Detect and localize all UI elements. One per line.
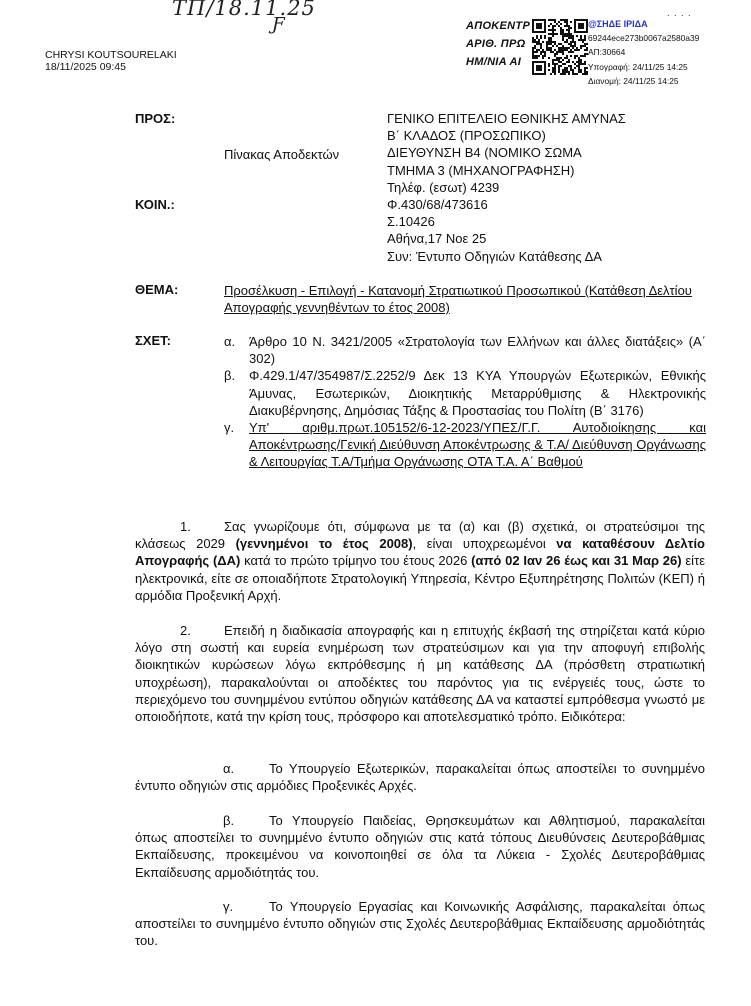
reference-marker: γ. bbox=[224, 419, 249, 471]
stamp-signature-date: Υπογραφή: 24/11/25 14:25 bbox=[588, 60, 699, 74]
stamp-info: @ΣΗΔΕ ΙΡΙΔΑ 69244ece273b0067a2580a39 ΑΠ:… bbox=[588, 17, 699, 88]
references-label: ΣΧΕΤ: bbox=[135, 333, 171, 348]
reference-marker: β. bbox=[224, 367, 249, 419]
reference-text: Φ.429.1/47/354987/Σ.2252/9 Δεκ 13 ΚΥΑ Υπ… bbox=[249, 367, 706, 419]
handwritten-signature: Ƒ bbox=[272, 14, 285, 35]
paragraph-text: κατά το πρώτο τρίμηνο του έτους 2026 bbox=[240, 553, 471, 568]
sub-item-a: α.Το Υπουργείο Εξωτερικών, παρακαλείται … bbox=[135, 760, 705, 794]
subject-text: Προσέλκυση - Επιλογή - Κατανομή Στρατιωτ… bbox=[224, 282, 704, 316]
paragraph-2: 2.Επειδή η διαδικασία απογραφής και η επ… bbox=[135, 622, 705, 725]
stamp-hash: 69244ece273b0067a2580a39 bbox=[588, 31, 699, 45]
sender-line: ΔΙΕΥΘΥΝΣΗ Β4 (ΝΟΜΙΚΟ ΣΩΜΑ bbox=[387, 144, 626, 161]
sub-item-text: Το Υπουργείο Εξωτερικών, παρακαλείται όπ… bbox=[135, 761, 705, 793]
file-number: Φ.430/68/473616 bbox=[387, 196, 626, 213]
place-date: Αθήνα,17 Νοε 25 bbox=[387, 230, 626, 247]
sender-line: ΓΕΝΙΚΟ ΕΠΙΤΕΛΕΙΟ ΕΘΝΙΚΗΣ ΑΜΥΝΑΣ bbox=[387, 110, 626, 127]
reference-item: α. Άρθρο 10 Ν. 3421/2005 «Στρατολογία τω… bbox=[224, 333, 706, 367]
sender-line: Β΄ ΚΛΑΔΟΣ (ΠΡΟΣΩΠΙΚΟ) bbox=[387, 127, 626, 144]
serial-number: Σ.10426 bbox=[387, 213, 626, 230]
qr-code-icon bbox=[532, 19, 588, 75]
sub-item-marker: α. bbox=[223, 760, 269, 777]
reviewer-datetime: 18/11/2025 09:45 bbox=[45, 61, 177, 73]
sender-phone: Τηλέφ. (εσωτ) 4239 bbox=[387, 179, 626, 196]
sub-item-text: Το Υπουργείο Παιδείας, Θρησκευμάτων και … bbox=[135, 813, 705, 880]
paragraph-number: 1. bbox=[180, 518, 224, 535]
sub-item-marker: γ. bbox=[223, 898, 269, 915]
sub-item-c: γ.Το Υπουργείο Εργασίας και Κοινωνικής Α… bbox=[135, 898, 705, 950]
attachment: Συν: Έντυπο Οδηγιών Κατάθεσης ΔΑ bbox=[387, 248, 626, 265]
handwritten-note: ΤΠ/18.11.25 bbox=[172, 0, 316, 20]
paragraph-text: , είναι υποχρεωμένοι bbox=[413, 536, 557, 551]
emphasis-text: (από 02 Ιαν 26 έως και 31 Μαρ 26) bbox=[471, 553, 681, 568]
references-list: α. Άρθρο 10 Ν. 3421/2005 «Στρατολογία τω… bbox=[224, 333, 706, 471]
stamp-brand: @ΣΗΔΕ ΙΡΙΔΑ bbox=[588, 17, 699, 31]
paragraph-number: 2. bbox=[180, 622, 224, 639]
sub-item-b: β.Το Υπουργείο Παιδείας, Θρησκευμάτων κα… bbox=[135, 812, 705, 881]
reference-text: Άρθρο 10 Ν. 3421/2005 «Στρατολογία των Ε… bbox=[249, 333, 706, 367]
sender-line: ΤΜΗΜΑ 3 (ΜΗΧΑΝΟΓΡΑΦΗΣΗ) bbox=[387, 162, 626, 179]
reference-text: Υπ' αριθμ.πρωτ.105152/6-12-2023/ΥΠΕΣ/Γ.Γ… bbox=[249, 419, 706, 471]
recipients-table-ref: Πίνακας Αποδεκτών bbox=[224, 147, 339, 162]
sub-item-text: Το Υπουργείο Εργασίας και Κοινωνικής Ασφ… bbox=[135, 899, 705, 948]
reviewer-name: CHRYSI KOUTSOURELAKI bbox=[45, 49, 177, 61]
reviewer-info: CHRYSI KOUTSOURELAKI 18/11/2025 09:45 bbox=[45, 49, 177, 73]
emphasis-text: (γεννημένοι το έτος 2008) bbox=[236, 536, 413, 551]
reference-item: γ. Υπ' αριθμ.πρωτ.105152/6-12-2023/ΥΠΕΣ/… bbox=[224, 419, 706, 471]
sender-block: ΓΕΝΙΚΟ ΕΠΙΤΕΛΕΙΟ ΕΘΝΙΚΗΣ ΑΜΥΝΑΣ Β΄ ΚΛΑΔΟ… bbox=[387, 110, 626, 265]
to-label: ΠΡΟΣ: bbox=[135, 111, 175, 126]
paragraph-1: 1.Σας γνωρίζουμε ότι, σύμφωνα με τα (α) … bbox=[135, 518, 705, 604]
reference-item: β. Φ.429.1/47/354987/Σ.2252/9 Δεκ 13 ΚΥΑ… bbox=[224, 367, 706, 419]
stamp-protocol: ΑΠ:30664 bbox=[588, 45, 699, 59]
sub-item-marker: β. bbox=[223, 812, 269, 829]
stamp-distribution-date: Διανομή: 24/11/25 14:25 bbox=[588, 74, 699, 88]
reference-marker: α. bbox=[224, 333, 249, 367]
subject-label: ΘΕΜΑ: bbox=[135, 282, 178, 297]
cc-label: ΚΟΙΝ.: bbox=[135, 197, 175, 212]
